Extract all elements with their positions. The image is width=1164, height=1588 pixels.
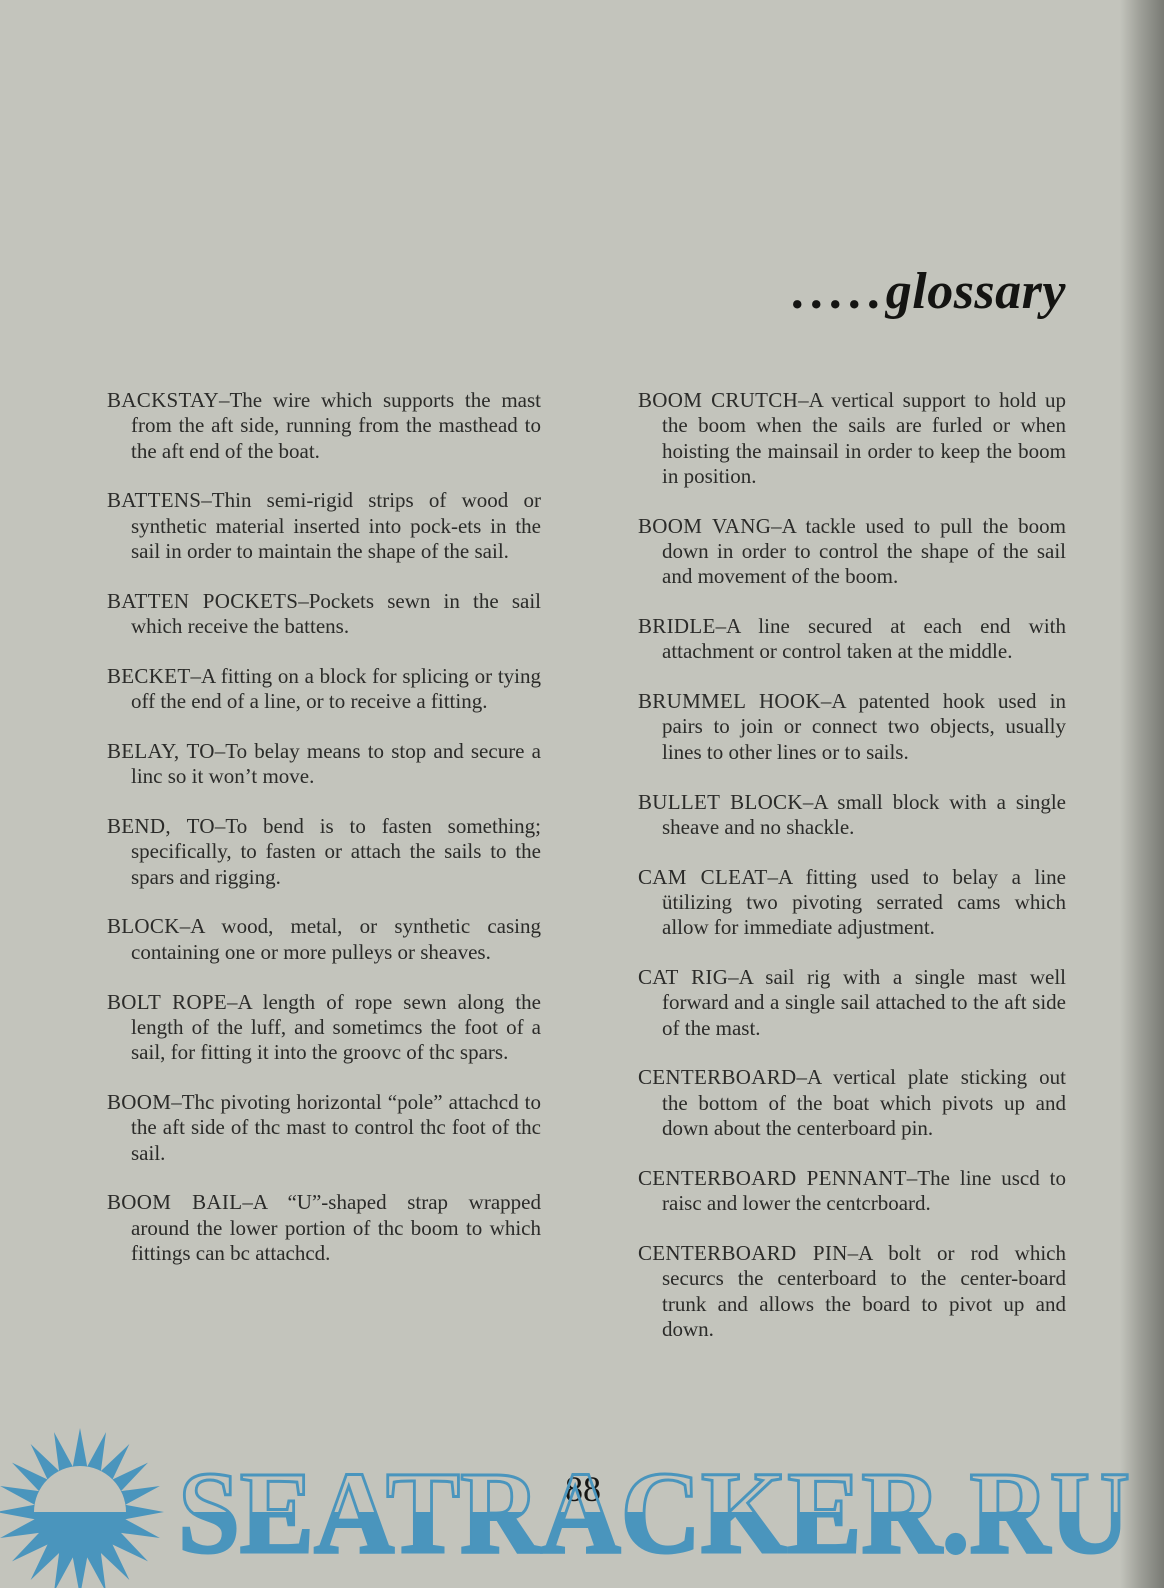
entry-term: BELAY, TO bbox=[107, 739, 215, 763]
entry-definition: A wood, metal, or synthetic casing conta… bbox=[131, 914, 541, 963]
svg-text:SEATRACKER.RU: SEATRACKER.RU bbox=[178, 1447, 1130, 1578]
page-title: .....glossary bbox=[791, 262, 1066, 321]
title-text: glossary bbox=[886, 263, 1066, 320]
entry-term: CAT RIG bbox=[638, 965, 728, 989]
glossary-entry: BOLT ROPE–A length of rope sewn along th… bbox=[107, 990, 541, 1066]
glossary-column-left: BACKSTAY–The wire which supports the mas… bbox=[107, 388, 541, 1291]
svg-text:SEATRACKER.RU: SEATRACKER.RU bbox=[178, 1447, 1130, 1578]
entry-term: CENTERBOARD bbox=[638, 1065, 796, 1089]
entry-term: BLOCK bbox=[107, 914, 180, 938]
sun-icon bbox=[0, 1428, 164, 1588]
glossary-entry: CENTERBOARD–A vertical plate sticking ou… bbox=[638, 1065, 1066, 1141]
entry-term: BATTENS bbox=[107, 488, 201, 512]
entry-term: BRUMMEL HOOK bbox=[638, 689, 821, 713]
glossary-entry: BECKET–A fitting on a block for splicing… bbox=[107, 664, 541, 715]
glossary-entry: BOOM BAIL–A “U”-shaped strap wrapped aro… bbox=[107, 1190, 541, 1266]
entry-term: BULLET BLOCK bbox=[638, 790, 803, 814]
entry-term: BEND, TO bbox=[107, 814, 215, 838]
glossary-entry: BATTEN POCKETS–Pockets sewn in the sail … bbox=[107, 589, 541, 640]
glossary-entry: BEND, TO–To bend is to fasten something;… bbox=[107, 814, 541, 890]
entry-term: BACKSTAY bbox=[107, 388, 219, 412]
entry-term: BOLT ROPE bbox=[107, 990, 227, 1014]
entry-term: BOOM bbox=[107, 1090, 171, 1114]
entry-term: CENTERBOARD PIN bbox=[638, 1241, 848, 1265]
entry-term: BRIDLE bbox=[638, 614, 716, 638]
glossary-entry: CAT RIG–A sail rig with a single mast we… bbox=[638, 965, 1066, 1041]
entry-term: BECKET bbox=[107, 664, 190, 688]
entry-term: BOOM VANG bbox=[638, 514, 771, 538]
entry-term: BATTEN POCKETS bbox=[107, 589, 298, 613]
glossary-entry: BRIDLE–A line secured at each end with a… bbox=[638, 614, 1066, 665]
page-number: 88 bbox=[565, 1468, 601, 1510]
glossary-entry: CENTERBOARD PENNANT–The line uscd to rai… bbox=[638, 1166, 1066, 1217]
entry-term: BOOM CRUTCH bbox=[638, 388, 798, 412]
entry-term: CENTERBOARD PENNANT bbox=[638, 1166, 907, 1190]
glossary-entry: BOOM–Thc pivoting horizontal “pole” atta… bbox=[107, 1090, 541, 1166]
book-page: .....glossary BACKSTAY–The wire which su… bbox=[0, 0, 1164, 1588]
glossary-entry: BRUMMEL HOOK–A patented hook used in pai… bbox=[638, 689, 1066, 765]
glossary-entry: BLOCK–A wood, metal, or synthetic casing… bbox=[107, 914, 541, 965]
glossary-entry: CENTERBOARD PIN–A bolt or rod which secu… bbox=[638, 1241, 1066, 1342]
glossary-entry: BATTENS–Thin semi-rigid strips of wood o… bbox=[107, 488, 541, 564]
entry-term: CAM CLEAT bbox=[638, 865, 767, 889]
glossary-entry: CAM CLEAT–A fitting used to belay a line… bbox=[638, 865, 1066, 941]
glossary-entry: BACKSTAY–The wire which supports the mas… bbox=[107, 388, 541, 464]
entry-definition: Thc pivoting horizontal “pole” attachcd … bbox=[131, 1090, 541, 1165]
glossary-entry: BULLET BLOCK–A small block with a single… bbox=[638, 790, 1066, 841]
entry-term: BOOM BAIL bbox=[107, 1190, 242, 1214]
glossary-entry: BOOM VANG–A tackle used to pull the boom… bbox=[638, 514, 1066, 590]
glossary-entry: BOOM CRUTCH–A vertical support to hold u… bbox=[638, 388, 1066, 489]
glossary-column-right: BOOM CRUTCH–A vertical support to hold u… bbox=[638, 388, 1066, 1367]
title-dots: ..... bbox=[791, 263, 886, 320]
glossary-entry: BELAY, TO–To belay means to stop and sec… bbox=[107, 739, 541, 790]
